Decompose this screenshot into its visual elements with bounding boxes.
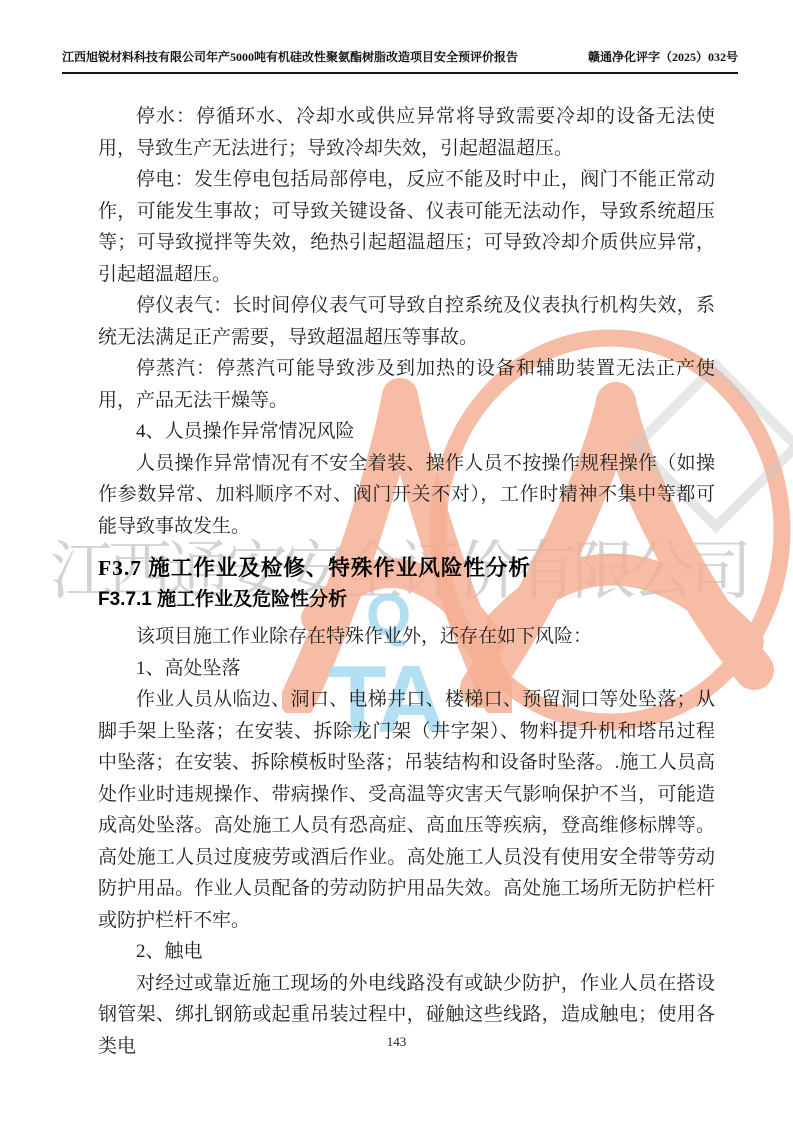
header-doc-number: 赣通净化评字（2025）032号 xyxy=(588,48,738,65)
item-1-fall-title: 1、高处坠落 xyxy=(98,653,715,685)
para-steam-outage: 停蒸汽：停蒸汽可能导致涉及到加热的设备和辅助装置无法正产使用，产品无法干燥等。 xyxy=(98,353,715,416)
para-power-outage: 停电：发生停电包括局部停电，反应不能及时中止，阀门不能正常动作，可能发生事故；可… xyxy=(98,164,715,290)
document-page: 江西通安安全评价有限公司 Q TA 江西旭锐材料科技有限公司年产5000吨有机硅… xyxy=(0,0,793,1122)
page-footer: 143 xyxy=(0,1034,793,1050)
para-water-outage: 停水：停循环水、冷却水或供应异常将导致需要冷却的设备无法使用，导致生产无法进行；… xyxy=(98,101,715,164)
page-number: 143 xyxy=(387,1034,407,1049)
para-construction-intro: 该项目施工作业除存在特殊作业外，还存在如下风险： xyxy=(98,621,715,653)
header-report-title: 江西旭锐材料科技有限公司年产5000吨有机硅改性聚氨酯树脂改造项目安全预评价报告 xyxy=(62,48,518,65)
heading-f3-7: F3.7 施工作业及检修、特殊作业风险性分析 xyxy=(98,553,715,583)
para-personnel-abnormal: 人员操作异常情况有不安全着装、操作人员不按操作规程操作（如操作参数异常、加料顺序… xyxy=(98,448,715,543)
page-header: 江西旭锐材料科技有限公司年产5000吨有机硅改性聚氨酯树脂改造项目安全预评价报告… xyxy=(62,48,738,74)
para-instrument-air-outage: 停仪表气：长时间停仪表气可导致自控系统及仪表执行机构失效，系统无法满足正产需要，… xyxy=(98,290,715,353)
para-fall-from-height: 作业人员从临边、洞口、电梯井口、楼梯口、预留洞口等处坠落；从脚手架上坠落；在安装… xyxy=(98,684,715,936)
item-4-personnel-risk-title: 4、人员操作异常情况风险 xyxy=(98,416,715,448)
item-2-electric-shock-title: 2、触电 xyxy=(98,936,715,968)
heading-f3-7-1: F3.7.1 施工作业及危险性分析 xyxy=(98,585,715,615)
document-body: 停水：停循环水、冷却水或供应异常将导致需要冷却的设备无法使用，导致生产无法进行；… xyxy=(98,101,715,1062)
